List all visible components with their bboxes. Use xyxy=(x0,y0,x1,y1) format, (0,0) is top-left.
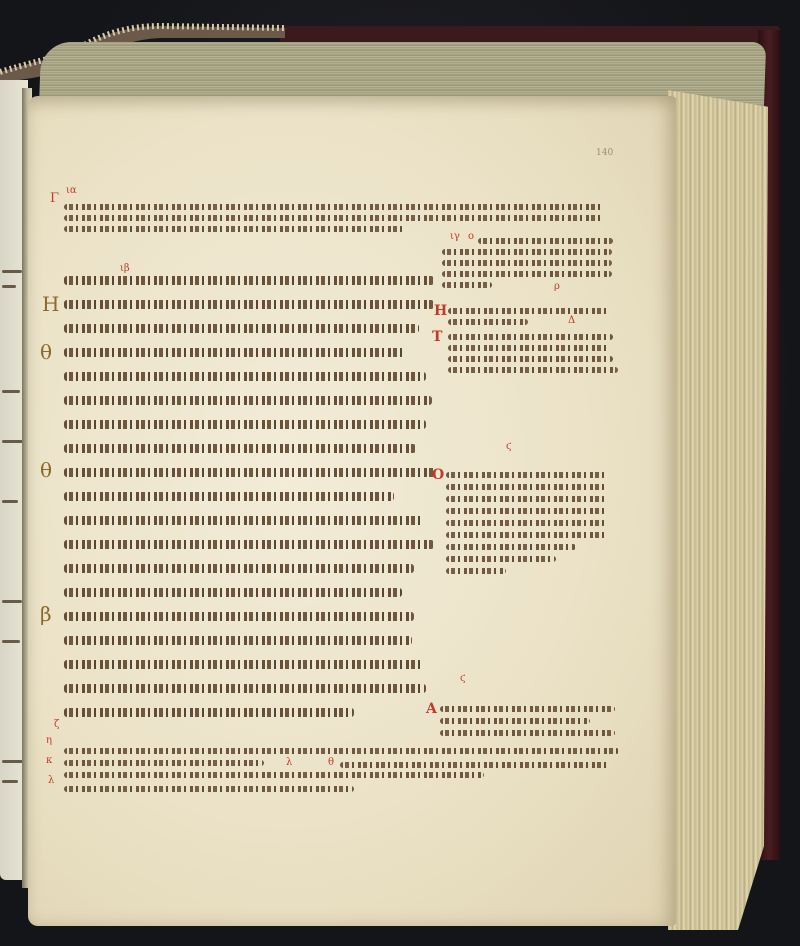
text-line xyxy=(64,348,404,357)
scholion-line xyxy=(446,544,576,550)
scholion-line xyxy=(64,204,604,210)
scholion-line xyxy=(448,308,608,314)
scholion-line xyxy=(340,762,610,768)
scholion-line xyxy=(448,367,618,373)
scholion-line xyxy=(64,772,484,778)
scholion-line xyxy=(440,718,590,724)
text-line xyxy=(64,516,424,525)
folio-number: 140 xyxy=(596,148,613,158)
initial-theta: θ xyxy=(40,342,52,362)
rubric-mark: ιβ xyxy=(120,264,130,274)
rubric-initial: Τ xyxy=(432,330,442,344)
scholion-line xyxy=(446,508,606,514)
rubric-mark: ϛ xyxy=(506,442,512,452)
scholion-line xyxy=(446,484,606,490)
rubric-mark: ρ xyxy=(554,282,560,292)
text-line xyxy=(64,468,436,477)
scholion-line xyxy=(448,334,613,340)
text-line xyxy=(64,684,426,693)
scholion-line xyxy=(442,282,492,288)
scholion-line xyxy=(440,730,615,736)
text-line xyxy=(64,660,422,669)
rubric-mark: κ xyxy=(46,756,52,766)
text-line xyxy=(64,300,434,309)
text-line xyxy=(64,492,394,501)
text-line xyxy=(64,588,402,597)
scholion-line xyxy=(448,319,528,325)
rubric-mark: η xyxy=(46,736,52,746)
text-line xyxy=(64,372,426,381)
scholion-line xyxy=(448,356,613,362)
rubric-mark: λ xyxy=(286,758,292,768)
scholion-line xyxy=(64,760,264,766)
scholion-line xyxy=(442,271,612,277)
scholion-line xyxy=(64,215,604,221)
rubric-initial: Α xyxy=(426,702,437,716)
text-line xyxy=(64,276,434,285)
scholion-line xyxy=(446,556,556,562)
scholion-line xyxy=(446,520,606,526)
rubric-mark: ζ xyxy=(54,720,59,730)
rubric-initial: Η xyxy=(434,304,447,318)
rubric-mark: ια xyxy=(66,186,77,196)
text-line xyxy=(64,324,419,333)
rubric-mark: ϛ xyxy=(460,674,466,684)
initial-beta: β xyxy=(40,604,52,624)
initial-eta: Η xyxy=(42,294,59,314)
rubric-mark: ιγ xyxy=(450,232,460,242)
rubric-mark: ο xyxy=(468,232,474,242)
text-line xyxy=(64,540,434,549)
rubric-initial: Γ xyxy=(50,192,59,205)
scholion-line xyxy=(440,706,615,712)
scholion-line xyxy=(448,345,610,351)
text-line xyxy=(64,420,426,429)
scholion-line xyxy=(442,249,612,255)
text-line xyxy=(64,396,432,405)
scholion-line xyxy=(442,260,612,266)
scholion-line xyxy=(446,568,506,574)
text-line xyxy=(64,564,414,573)
scholion-line xyxy=(446,472,606,478)
scholion-line xyxy=(64,786,354,792)
initial-theta: θ xyxy=(40,460,52,480)
scholion-line xyxy=(446,532,606,538)
scholion-line xyxy=(446,496,606,502)
scholion-line xyxy=(478,238,613,244)
scholion-line xyxy=(64,226,404,232)
scholion-line xyxy=(64,748,619,754)
text-line xyxy=(64,444,416,453)
rubric-initial: Ο xyxy=(432,468,444,482)
text-line xyxy=(64,708,354,717)
text-line xyxy=(64,612,414,621)
rubric-mark: θ xyxy=(328,758,334,768)
manuscript-page: 140 ια Γ ιβ Η θ θ β ιγ ο ρ Η Δ Τ ϛ Ο xyxy=(28,96,676,926)
rubric-mark: Δ xyxy=(568,316,575,326)
page-block-fore-edge xyxy=(668,90,768,930)
text-line xyxy=(64,636,412,645)
rubric-mark: λ xyxy=(48,776,54,786)
